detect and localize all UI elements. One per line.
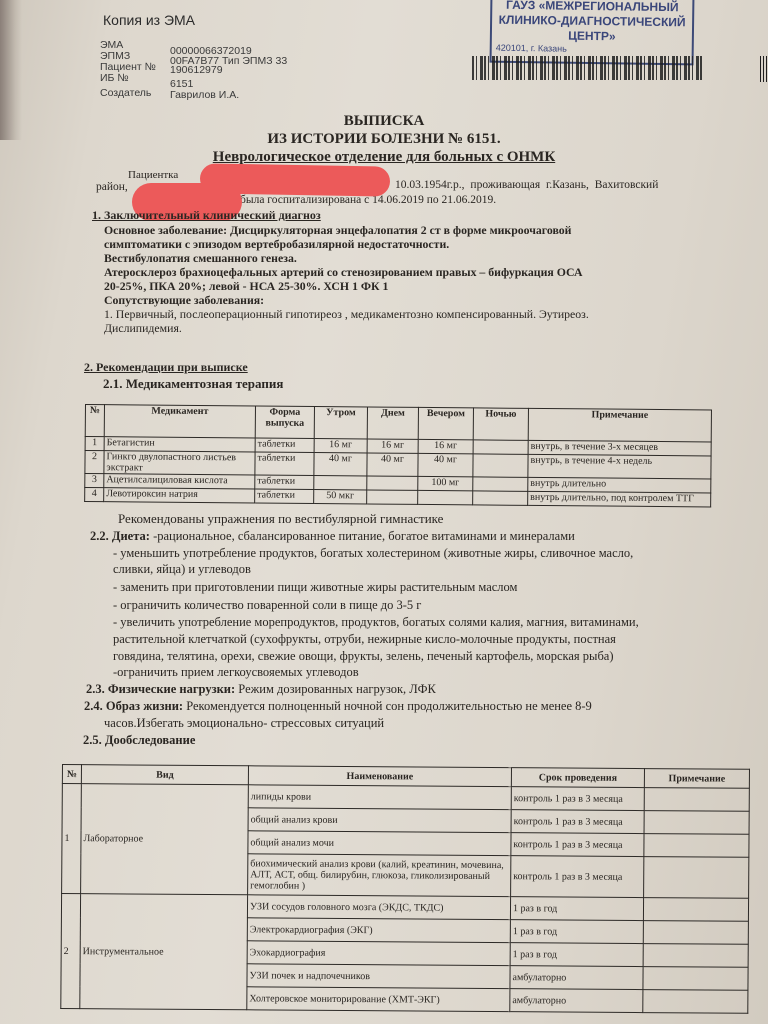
recommendations-heading: 2. Рекомендации при выписке — [84, 360, 248, 375]
patient-birth: 10.03.1954г.р., проживающая г.Казань, Ва… — [395, 179, 658, 191]
followup-heading: 2.5. Дообследование — [83, 733, 195, 747]
meta-row: СоздательГаврилов И.А. — [100, 88, 287, 99]
table-row: 1 Лабораторное липиды крови контроль 1 р… — [62, 784, 749, 812]
doc-title: ВЫПИСКА — [0, 113, 768, 130]
investigation-table: № Вид Наименование Срок проведения Приме… — [60, 764, 750, 1014]
medication-table: № Медикамент Форма выпуска Утром Днем Ве… — [84, 404, 712, 507]
document-page: Копия из ЭМА ЭМА00000066372019 ЭПМЗ00FA7… — [0, 0, 768, 1024]
diet-item: растительной клетчаткой (сухофрукты, отр… — [113, 632, 616, 646]
diet-item: -ограничить прием легкоусвояемых углевод… — [113, 665, 359, 679]
patient-label: Пациентка — [128, 169, 178, 181]
table-row: 2 Инструментальное УЗИ сосудов головного… — [61, 894, 748, 922]
patient-district: район, — [96, 181, 128, 193]
diagnosis-heading: 1. Заключительный клинический диагноз — [92, 208, 321, 223]
diet-item: говядина, телятина, орехи, свежие овощи,… — [113, 649, 614, 663]
diet-item: - уменьшить употребление продуктов, бога… — [113, 546, 633, 560]
copy-title: Копия из ЭМА — [103, 12, 195, 28]
diet-item: - заменить при приготовлении пищи животн… — [113, 580, 517, 594]
barcode — [472, 56, 702, 80]
barcode-edge — [760, 56, 768, 82]
ema-meta: ЭМА00000066372019 ЭПМЗ00FA7B77 Тип ЭПМЗ … — [100, 40, 287, 99]
diet-item: сливки, яйца) и углеводов — [113, 562, 251, 576]
vestibular-note: Рекомендованы упражнения по вестибулярно… — [118, 512, 443, 526]
lifestyle-line: 2.4. Образ жизни: Рекомендуется полноцен… — [84, 699, 592, 713]
doc-subtitle: ИЗ ИСТОРИИ БОЛЕЗНИ № 6151. — [0, 131, 768, 148]
diet-line: 2.2. Диета: -рациональное, сбалансирован… — [90, 529, 575, 543]
diet-item: - ограничить количество поваренной соли … — [113, 598, 421, 612]
lifestyle-line-2: часов.Избегать эмоционально- стрессовых … — [104, 716, 384, 730]
department-title: Неврологическое отделение для больных с … — [0, 149, 768, 166]
diet-item: - увеличить употребление морепродуктов, … — [113, 615, 639, 629]
drug-therapy-heading: 2.1. Медикаментозная терапия — [103, 377, 283, 391]
physical-line: 2.3. Физические нагрузки: Режим дозирова… — [86, 682, 436, 696]
diagnosis-body: Основное заболевание: Дисциркуляторная э… — [104, 223, 589, 335]
